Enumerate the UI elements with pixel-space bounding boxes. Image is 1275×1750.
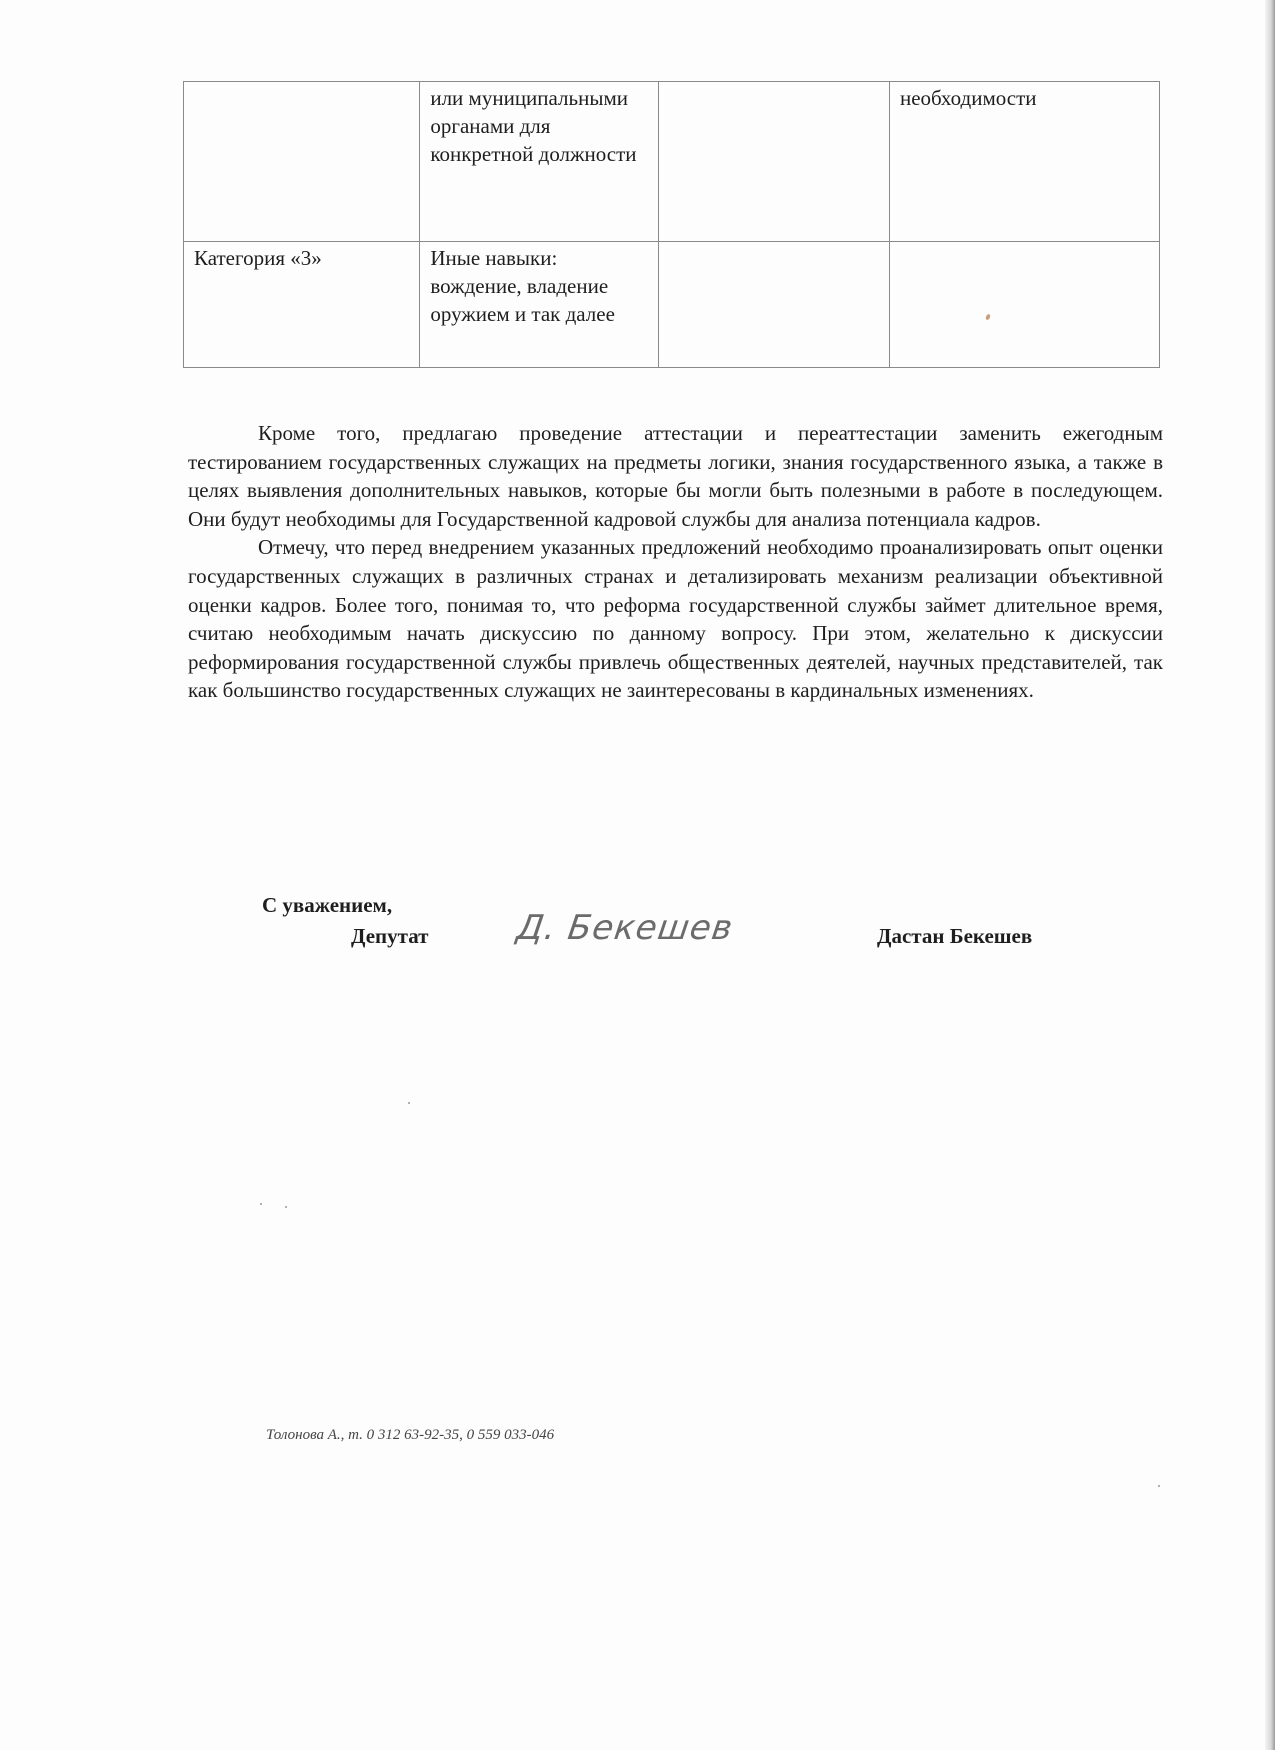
table-cell-col3: [659, 242, 890, 368]
signer-name: Дастан Бекешев: [877, 924, 1032, 949]
table-cell-col4: необходимости: [889, 82, 1159, 242]
paragraph: Кроме того, предлагаю проведение аттеста…: [188, 419, 1163, 533]
table-cell-category: Категория «3»: [184, 242, 420, 368]
contact-footer: Толонова А., т. 0 312 63-92-35, 0 559 03…: [266, 1427, 554, 1444]
handwritten-signature: Д. Бекешев: [514, 908, 736, 948]
table-cell-col3: [659, 82, 890, 242]
table-cell-skills: или муниципальными органами для конкретн…: [420, 82, 659, 242]
table-cell-skills: Иные навыки: вождение, владение оружием …: [420, 242, 659, 368]
skills-category-table: или муниципальными органами для конкретн…: [183, 81, 1160, 368]
scan-dot: [260, 1203, 262, 1205]
letter-body: Кроме того, предлагаю проведение аттеста…: [188, 419, 1163, 705]
closing-salutation: С уважением,: [262, 893, 392, 918]
table-row: Категория «3» Иные навыки: вождение, вла…: [184, 242, 1160, 368]
table-row: или муниципальными органами для конкретн…: [184, 82, 1160, 242]
table-cell-category: [184, 82, 420, 242]
scan-page-edge: [1265, 0, 1275, 1750]
scan-dot: [1158, 1485, 1160, 1487]
signer-position: Депутат: [351, 924, 428, 949]
paragraph: Отмечу, что перед внедрением указанных п…: [188, 533, 1163, 705]
table-cell-col4: [889, 242, 1159, 368]
scan-dot: [285, 1206, 287, 1208]
scan-dot: [408, 1102, 410, 1104]
